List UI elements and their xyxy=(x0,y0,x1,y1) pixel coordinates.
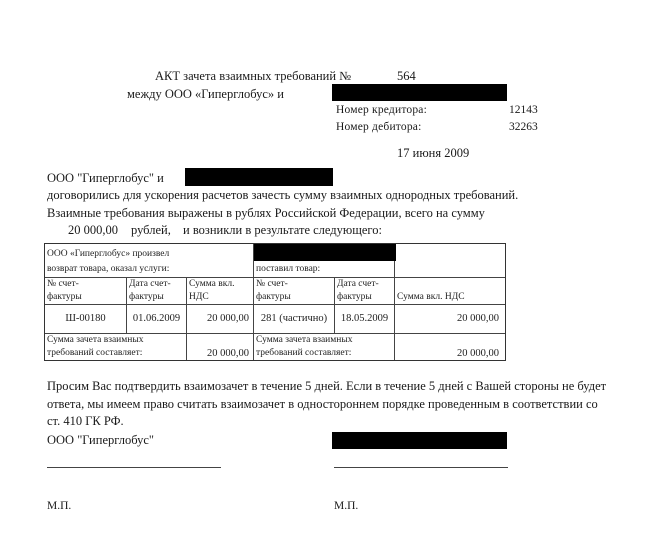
company-signature: ООО "Гиперглобус" xyxy=(47,433,154,448)
col-invoice-date: Дата счет-фактуры xyxy=(129,278,171,304)
total-label: Сумма зачета взаимных xyxy=(256,335,352,345)
redacted-counterparty xyxy=(332,84,507,101)
col-invoice-date: Дата счет-фактуры xyxy=(337,278,379,304)
total-label: требований составляет: xyxy=(47,348,142,358)
right-header-line2: поставил товар: xyxy=(256,263,320,276)
total-amount: 20 000,00 xyxy=(68,223,118,238)
act-number: 564 xyxy=(397,69,416,84)
total-label: требований составляет: xyxy=(256,348,351,358)
total-label: Сумма зачета взаимных xyxy=(47,335,143,345)
col-label: Дата счет- xyxy=(129,279,171,289)
creditor-label: Номер кредитора: xyxy=(336,104,427,116)
act-title: АКТ зачета взаимных требований № xyxy=(155,69,351,84)
left-total: 20 000,00 xyxy=(187,347,249,360)
left-header-line1: ООО «Гиперглобус» произвел xyxy=(47,248,169,261)
col-invoice-sum: Сумма вкл.НДС xyxy=(189,278,235,304)
redacted-counterparty-2 xyxy=(185,168,333,186)
left-invoice-sum: 20 000,00 xyxy=(187,312,249,325)
right-total-label: Сумма зачета взаимныхтребований составля… xyxy=(256,334,352,360)
col-invoice-number: № счет-фактуры xyxy=(256,278,291,304)
request-line-3: ст. 410 ГК РФ. xyxy=(47,414,124,429)
origin-line: и возникли в результате следующего: xyxy=(183,223,382,238)
left-invoice-number: Ш-00180 xyxy=(45,312,126,325)
stamp-right: М.П. xyxy=(334,500,358,512)
offset-table: ООО «Гиперглобус» произвел возврат товар… xyxy=(44,243,506,361)
currency-word: рублей, xyxy=(131,223,171,238)
signature-line-right xyxy=(334,467,508,468)
debtor-number: 32263 xyxy=(509,121,538,133)
right-invoice-number: 281 (частично) xyxy=(254,312,334,325)
right-total: 20 000,00 xyxy=(395,347,499,360)
stamp-left: М.П. xyxy=(47,500,71,512)
col-label: Сумма вкл. xyxy=(189,279,235,289)
currency-line: Взаимные требования выражены в рублях Ро… xyxy=(47,206,485,221)
between-line: между ООО «Гиперглобус» и xyxy=(127,87,284,102)
col-label: № счет- xyxy=(256,279,288,289)
act-date: 17 июня 2009 xyxy=(397,146,469,161)
table-divider xyxy=(45,304,505,305)
party-line: ООО "Гиперглобус" и xyxy=(47,171,164,186)
right-invoice-sum: 20 000,00 xyxy=(395,312,499,325)
right-invoice-date: 18.05.2009 xyxy=(335,312,394,325)
col-label: Дата счет- xyxy=(337,279,379,289)
signature-line-left xyxy=(47,467,221,468)
creditor-number: 12143 xyxy=(509,104,538,116)
left-total-label: Сумма зачета взаимныхтребований составля… xyxy=(47,334,143,360)
request-line-1: Просим Вас подтвердить взаимозачет в теч… xyxy=(47,379,606,394)
col-label: фактуры xyxy=(256,292,291,302)
agreement-line: договорились для ускорения расчетов заче… xyxy=(47,188,518,203)
debtor-label: Номер дебитора: xyxy=(336,121,421,133)
col-label: фактуры xyxy=(47,292,82,302)
redacted-counterparty-signature xyxy=(332,432,507,449)
table-divider xyxy=(253,244,254,360)
redacted-counterparty-3 xyxy=(254,244,396,261)
col-label: фактуры xyxy=(129,292,164,302)
left-invoice-date: 01.06.2009 xyxy=(127,312,186,325)
request-line-2: ответа, мы имеем право считать взаимозач… xyxy=(47,397,598,412)
col-invoice-number: № счет-фактуры xyxy=(47,278,82,304)
left-header-line2: возврат товара, оказал услуги: xyxy=(47,263,169,276)
col-label: фактуры xyxy=(337,292,372,302)
col-label: НДС xyxy=(189,292,209,302)
col-label: № счет- xyxy=(47,279,79,289)
col-invoice-sum: Сумма вкл. НДС xyxy=(397,291,465,304)
